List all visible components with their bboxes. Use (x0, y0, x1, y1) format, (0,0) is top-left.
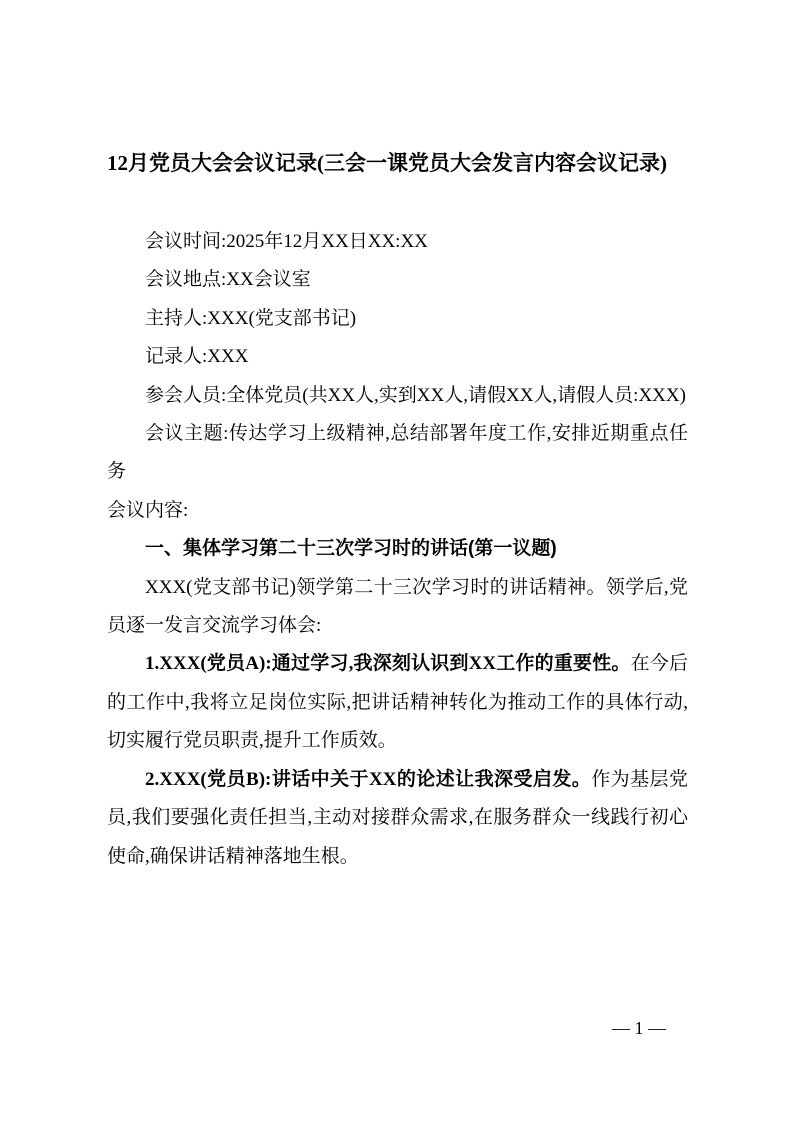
document-page: 12月党员大会会议记录(三会一课党员大会发言内容会议记录) 会议时间:2025年… (0, 0, 794, 1122)
meta-line-host: 主持人:XXX(党支部书记) (107, 300, 688, 338)
meta-line-topic: 会议主题:传达学习上级精神,总结部署年度工作,安排近期重点任务 (107, 415, 688, 492)
meta-line-meeting-time: 会议时间:2025年12月XX日XX:XX (107, 223, 688, 261)
document-content: 12月党员大会会议记录(三会一课党员大会发言内容会议记录) 会议时间:2025年… (0, 0, 794, 876)
content-label: 会议内容: (107, 492, 688, 530)
speech-1-lead: 1.XXX(党员A):通过学习,我深刻认识到XX工作的重要性。 (145, 653, 631, 674)
speech-paragraph-1: 1.XXX(党员A):通过学习,我深刻认识到XX工作的重要性。在今后的工作中,我… (107, 645, 688, 760)
section-heading: 一、集体学习第二十三次学习时的讲话(第一议题) (107, 530, 688, 568)
meta-line-meeting-place: 会议地点:XX会议室 (107, 261, 688, 299)
speech-2-lead: 2.XXX(党员B):讲话中关于XX的论述让我深受启发。 (145, 769, 591, 790)
document-title: 12月党员大会会议记录(三会一课党员大会发言内容会议记录) (107, 148, 688, 178)
speech-paragraph-2: 2.XXX(党员B):讲话中关于XX的论述让我深受启发。作为基层党员,我们要强化… (107, 761, 688, 876)
meta-line-recorder: 记录人:XXX (107, 338, 688, 376)
meta-line-attendees: 参会人员:全体党员(共XX人,实到XX人,请假XX人,请假人员:XXX) (107, 377, 688, 415)
document-body: 会议时间:2025年12月XX日XX:XX 会议地点:XX会议室 主持人:XXX… (107, 223, 688, 876)
intro-paragraph: XXX(党支部书记)领学第二十三次学习时的讲话精神。领学后,党员逐一发言交流学习… (107, 569, 688, 646)
page-number: — 1 — (612, 1016, 666, 1040)
